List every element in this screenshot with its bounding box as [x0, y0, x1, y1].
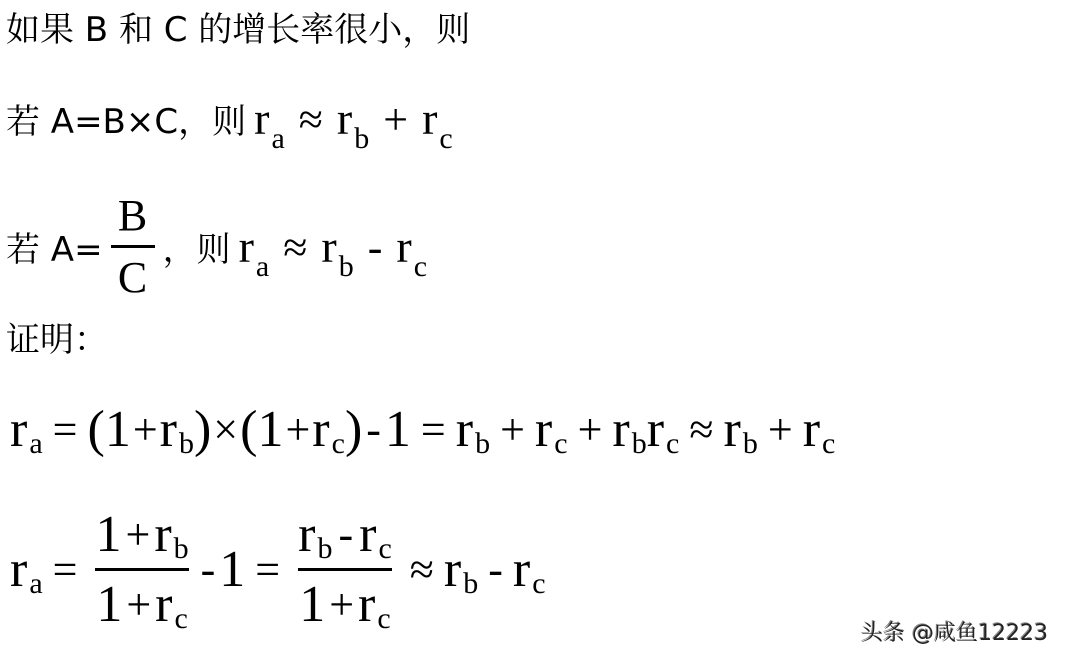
sub-b: b: [317, 532, 332, 566]
sub-b: b: [354, 122, 369, 155]
fraction-b-over-c: B C: [111, 190, 155, 303]
proof-equation-product: ra = ( 1 + rb ) × ( 1 + rc ) - 1 = rb + …: [10, 400, 835, 459]
var-r: r: [647, 400, 664, 459]
plus-sign: +: [578, 404, 603, 455]
approx-sign: ≈: [283, 223, 307, 272]
var-r: r: [422, 93, 437, 144]
plus-sign: +: [768, 404, 793, 455]
one: 1: [219, 540, 245, 599]
approx-sign: ≈: [689, 404, 713, 455]
right-paren: ): [345, 400, 362, 459]
left-paren: (: [87, 400, 104, 459]
var-r: r: [396, 221, 411, 272]
one: 1: [385, 400, 411, 459]
sub-c: c: [174, 602, 187, 636]
numerator: B: [118, 190, 147, 241]
quotient-rule-formula: ra ≈ rb - rc: [239, 220, 427, 273]
minus-sign: -: [366, 404, 381, 455]
sub-c: c: [439, 122, 452, 155]
one: 1: [257, 400, 283, 459]
one: 1: [105, 400, 131, 459]
var-r: r: [456, 400, 473, 459]
sub-a: a: [29, 427, 42, 461]
plus-sign: +: [133, 404, 158, 455]
var-r: r: [803, 400, 820, 459]
equals-sign: =: [53, 404, 78, 455]
approx-sign: ≈: [299, 95, 323, 144]
times-sign: ×: [213, 404, 238, 455]
sub-b: b: [339, 250, 354, 283]
var-r: r: [154, 505, 171, 564]
sub-c: c: [332, 427, 345, 461]
quotient-rule: 若 A= B C ，则 ra ≈ rb - rc: [6, 190, 427, 303]
proof-label: 证明：: [6, 312, 108, 361]
var-r: r: [298, 505, 315, 564]
minus-sign: -: [201, 544, 216, 595]
var-r: r: [612, 400, 629, 459]
proof-equation-quotient: ra = 1 + rb 1 + rc - 1 = rb - rc 1 + rc …: [10, 505, 546, 634]
product-rule: 若 A=B×C，则 ra ≈ rb + rc: [6, 92, 453, 145]
one: 1: [299, 575, 325, 634]
fraction-bar: [95, 568, 188, 571]
proof-label-text: 证明：: [6, 312, 108, 361]
plus-sign: +: [125, 509, 150, 560]
sub-c: c: [377, 602, 390, 636]
equals-sign: =: [421, 404, 446, 455]
sub-c: c: [532, 567, 545, 601]
one: 1: [95, 505, 121, 564]
sub-b: b: [743, 427, 758, 461]
sub-b: b: [179, 427, 194, 461]
intro-label: 如果 B 和 C 的增长率很小，则: [6, 2, 470, 51]
var-r: r: [160, 400, 177, 459]
var-r: r: [239, 221, 254, 272]
minus-sign: -: [338, 509, 353, 560]
var-r: r: [254, 93, 269, 144]
minus-sign: -: [488, 544, 503, 595]
var-r: r: [337, 93, 352, 144]
left-paren: (: [240, 400, 257, 459]
minus-sign: -: [368, 223, 383, 272]
var-r: r: [359, 505, 376, 564]
watermark: 头条 @咸鱼12223: [861, 616, 1048, 647]
sub-b: b: [463, 567, 478, 601]
approx-sign: ≈: [410, 544, 434, 595]
var-r: r: [321, 221, 336, 272]
var-r: r: [155, 575, 172, 634]
sub-c: c: [378, 532, 391, 566]
denominator: C: [118, 252, 147, 303]
one: 1: [96, 575, 122, 634]
sub-c: c: [666, 427, 679, 461]
plus-sign: +: [329, 579, 354, 630]
fraction-bar: [111, 245, 155, 248]
quotient-rule-prefix: 若 A=: [6, 222, 103, 271]
var-r: r: [10, 400, 27, 459]
sub-a: a: [256, 250, 269, 283]
plus-sign: +: [383, 95, 408, 144]
product-rule-prefix: 若 A=B×C，则: [6, 94, 246, 143]
sub-c: c: [414, 250, 427, 283]
var-r: r: [535, 400, 552, 459]
fraction-rb-minus-rc-over-one-plus-rc: rb - rc 1 + rc: [298, 505, 392, 634]
sub-a: a: [271, 122, 284, 155]
sub-c: c: [554, 427, 567, 461]
var-r: r: [358, 575, 375, 634]
sub-b: b: [475, 427, 490, 461]
plus-sign: +: [126, 579, 151, 630]
fraction-one-plus-rb-over-one-plus-rc: 1 + rb 1 + rc: [95, 505, 188, 634]
plus-sign: +: [500, 404, 525, 455]
sub-c: c: [822, 427, 835, 461]
intro-text: 如果 B 和 C 的增长率很小，则: [6, 2, 470, 51]
product-rule-formula: ra ≈ rb + rc: [254, 92, 453, 145]
sub-a: a: [29, 567, 42, 601]
fraction-bar: [298, 568, 392, 571]
var-r: r: [444, 540, 461, 599]
plus-sign: +: [285, 404, 310, 455]
right-paren: ): [194, 400, 211, 459]
equals-sign: =: [53, 544, 78, 595]
equals-sign: =: [255, 544, 280, 595]
var-r: r: [312, 400, 329, 459]
quotient-rule-mid: ，则: [163, 222, 231, 271]
sub-b: b: [632, 427, 647, 461]
var-r: r: [724, 400, 741, 459]
var-r: r: [10, 540, 27, 599]
var-r: r: [513, 540, 530, 599]
sub-b: b: [174, 532, 189, 566]
